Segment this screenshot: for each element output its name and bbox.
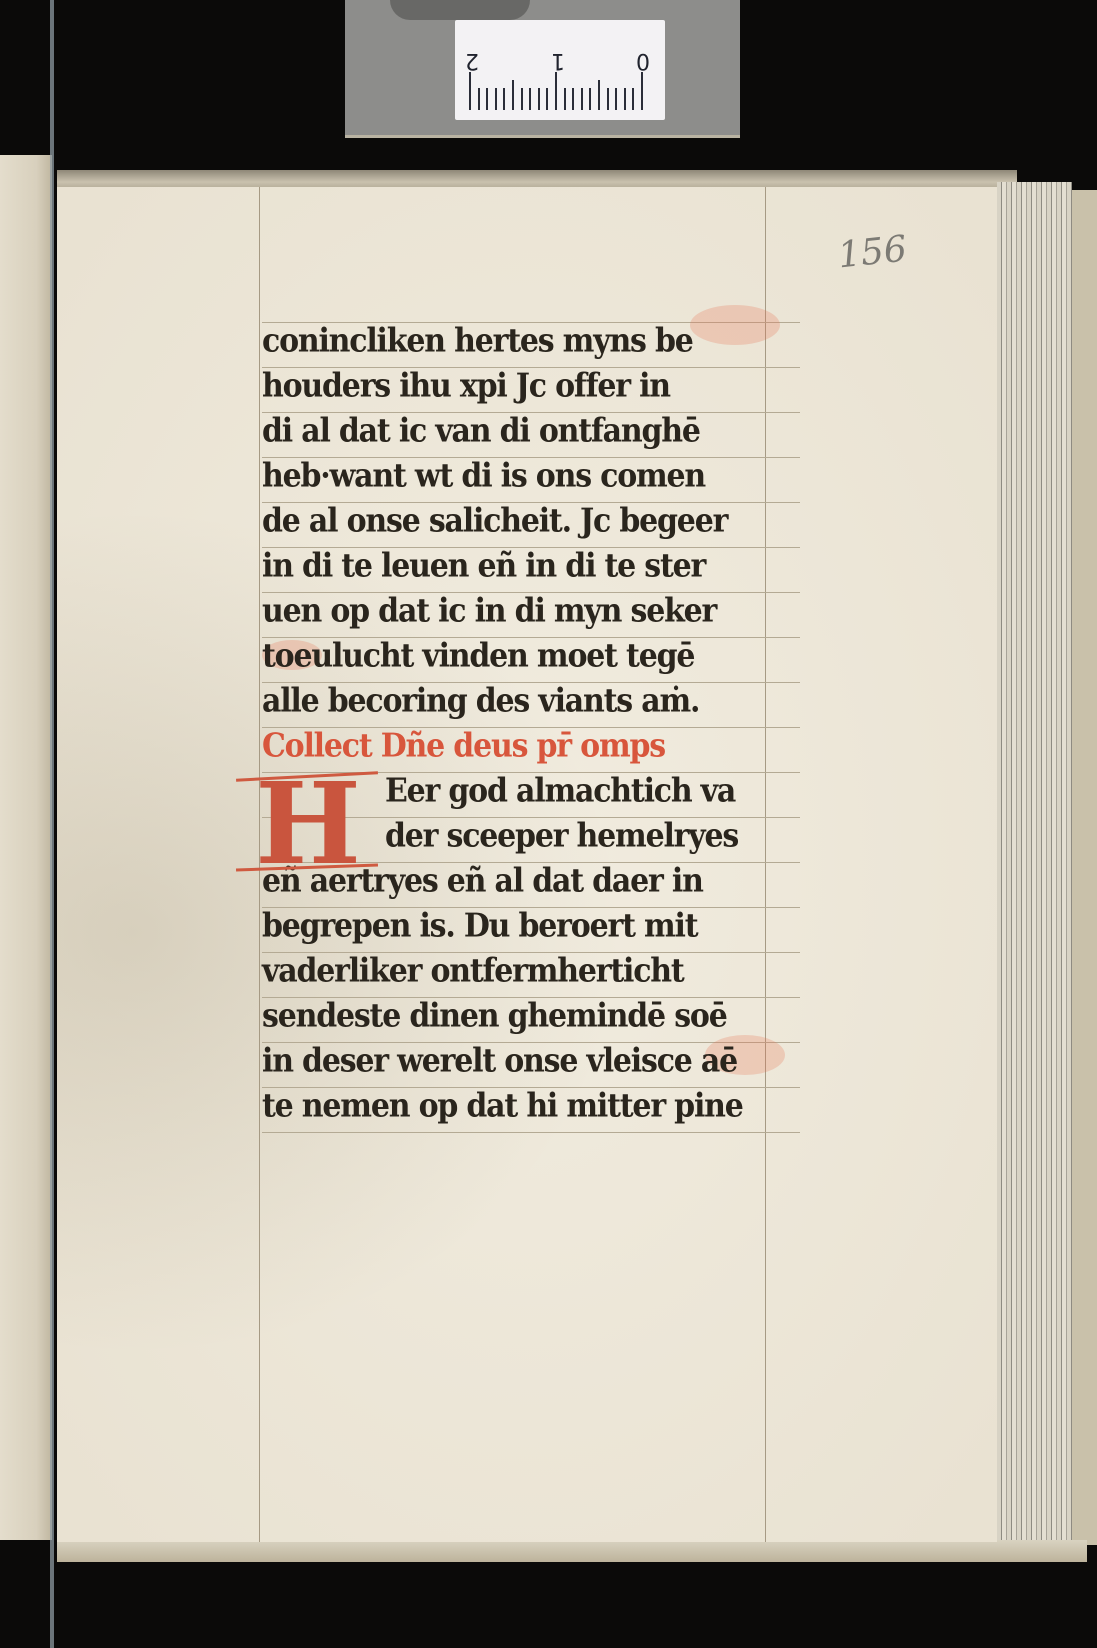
ruler-tick [572,88,574,110]
facing-page-left [0,155,52,1540]
ruler-tick [581,88,583,110]
text-line: in di te leuen eñ in di te ster [262,543,807,591]
ruler-tick [589,88,591,110]
ruler-tick [486,88,488,110]
text-line: houders ihu xpi Jc offer in [262,363,807,411]
ruler-tick [503,88,505,110]
ruler-tick [538,88,540,110]
ruler-tick [469,72,471,110]
glass-plate-edge [50,0,54,1648]
ruler-label-2: 2 [465,48,479,73]
ruler-tick [624,88,626,110]
ruler-tick [598,80,600,110]
decorated-initial: H [238,775,378,875]
scale-ruler: 2 1 0 [455,20,665,120]
ruler-label-1: 1 [551,48,565,73]
ruler-tick [632,88,634,110]
text-line: de al onse salicheit. Jc begeer [262,498,807,546]
text-line: vaderliker ontfermherticht [262,948,807,996]
ruler-tick [641,72,643,110]
ruler-tick [607,88,609,110]
ruler-tick [555,72,557,110]
text-line: alle becoring des viants aṁ. [262,678,807,726]
folio-number: 156 [836,229,909,277]
ruler-tick [564,88,566,110]
binding-right [1068,190,1097,1545]
text-line: Eer god almachtich va [385,768,805,816]
text-line: sendeste dinen ghemindē soē [262,993,807,1041]
text-line: uen op dat ic in di myn seker [262,588,807,636]
ruler-tick [521,88,523,110]
binding-bottom-edge [57,1540,1087,1562]
text-line: toeulucht vinden moet tegē [262,633,807,681]
ruler-tick [546,88,548,110]
ruler-tick [495,88,497,110]
page-fore-edges [997,182,1072,1542]
ruler-label-0: 0 [636,48,650,73]
text-line: te nemen op dat hi mitter pine [262,1083,807,1131]
text-line: in deser werelt onse vleisce aē [262,1038,807,1086]
ruler-tick [512,80,514,110]
text-line: der sceeper hemelryes [385,813,805,861]
text-line: begrepen is. Du beroert mit [262,903,807,951]
ruler-tick [615,88,617,110]
ruler-tick [478,88,480,110]
text-line: conincliken hertes myns be [262,318,807,366]
text-line: heb·want wt di is ons comen [262,453,807,501]
text-line: di al dat ic van di ontfanghē [262,408,807,456]
ruling-line [262,1132,800,1133]
ruler-tick [529,88,531,110]
